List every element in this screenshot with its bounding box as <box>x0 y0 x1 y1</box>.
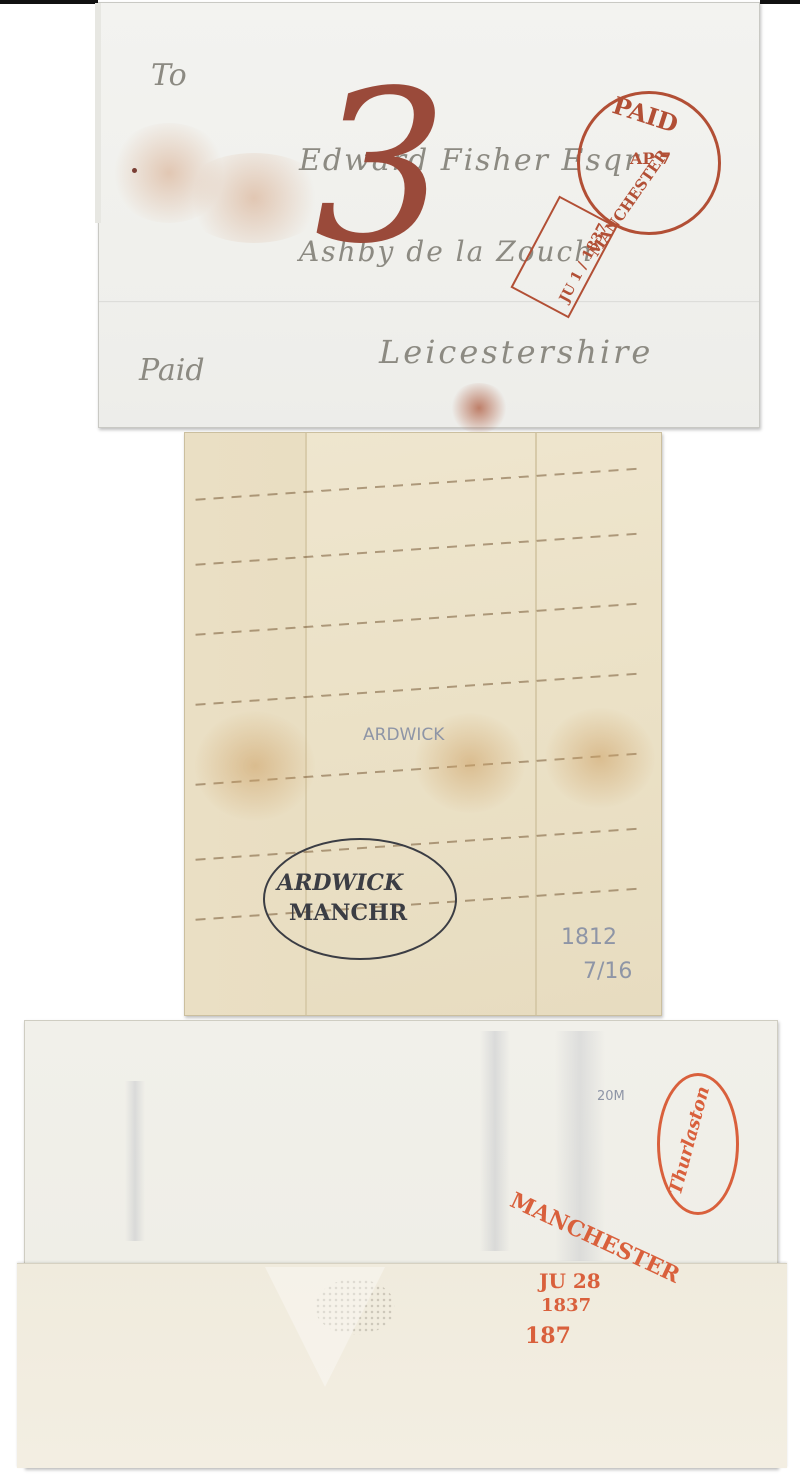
ardwick-manchr-oval-postmark: ARDWICK MANCHR <box>263 838 457 960</box>
pencil-note-20m: 20M <box>597 1089 625 1104</box>
cover-front-top: To Edward Fisher Esqr Ashby de la Zouch … <box>98 2 760 428</box>
red-stain <box>449 383 509 433</box>
show-through-text <box>480 1031 510 1251</box>
addressee-line3: Leicestershire <box>379 333 653 371</box>
pencil-note-price: 7/16 <box>583 959 632 984</box>
wax-seal-stain <box>195 711 315 821</box>
pencil-note-year: 1812 <box>561 925 617 950</box>
paid-manchester-circular-postmark: PAID AP 7 MANCHESTER <box>577 91 721 235</box>
rate-marking: 3 <box>314 63 448 273</box>
fold-line <box>99 301 759 303</box>
postmark-paid-text: PAID <box>609 90 682 138</box>
to-label: To <box>151 58 187 93</box>
paid-note: Paid <box>139 353 205 388</box>
wax-seal-stain <box>545 708 655 808</box>
boxed-date-text: JU 1 / 1837 <box>557 221 612 306</box>
datestamp-code: 187 <box>525 1323 571 1349</box>
datestamp-year: 1837 <box>541 1295 591 1316</box>
manchester-circular-datestamp: MANCHESTER JU 28 1837 187 <box>495 1211 645 1361</box>
oval-line2: MANCHR <box>289 900 407 926</box>
ink-dot <box>132 168 137 173</box>
seal-flap-triangle <box>265 1267 385 1387</box>
right-fold <box>535 433 537 1015</box>
cover-back-middle: ARDWICK ARDWICK MANCHR 1812 7/16 <box>184 432 662 1016</box>
thurlaston-oval-handstamp: Thurlaston <box>657 1073 739 1215</box>
left-flap <box>95 3 101 223</box>
show-through-text <box>125 1081 145 1241</box>
datestamp-date: JU 28 <box>539 1269 601 1293</box>
thurlaston-text: Thurlaston <box>665 1084 714 1197</box>
pencil-note-ardwick: ARDWICK <box>363 725 444 745</box>
cover-back-bottom: ​ 20M Thurlaston MANCHESTER JU 28 1837 1… <box>24 1020 778 1468</box>
oval-line1: ARDWICK <box>277 870 403 896</box>
lower-flap <box>17 1263 787 1468</box>
